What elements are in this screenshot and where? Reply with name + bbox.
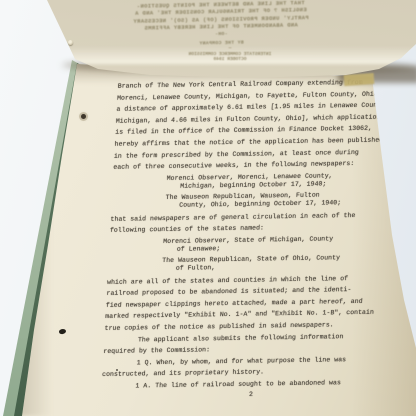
caption-line: OCTOBER 1940 (140, 57, 320, 63)
punch-hole (68, 40, 73, 45)
mirrored-caption-text: — INTERSTATE COMMERCE COMMISSION OCTOBER… (140, 46, 320, 63)
mirrored-showthrough-text: THAT THE LINE AND BETWEEN THE POINTS QUE… (92, 0, 351, 50)
under-page-edge (344, 73, 375, 86)
typed-text-block: Branch of The New York Central Railroad … (61, 77, 372, 394)
fastener-hole (81, 114, 86, 119)
page-number: 2 (249, 391, 253, 398)
ink-speck (116, 369, 118, 371)
county-citation: The Wauseon Republican, State of Ohio, C… (162, 254, 363, 272)
citation-line: of Lenawee; (177, 243, 363, 254)
newspaper-citation: Morenci Observer, Morenci, Lenawee Count… (166, 172, 367, 190)
photo-background: Branch of The New York Central Railroad … (0, 0, 416, 416)
county-citation: Morenci Observer, State of Michigan, Cou… (163, 235, 364, 253)
newspaper-citation: The Wauseon Republican, Wauseon, Fulton … (165, 191, 366, 209)
